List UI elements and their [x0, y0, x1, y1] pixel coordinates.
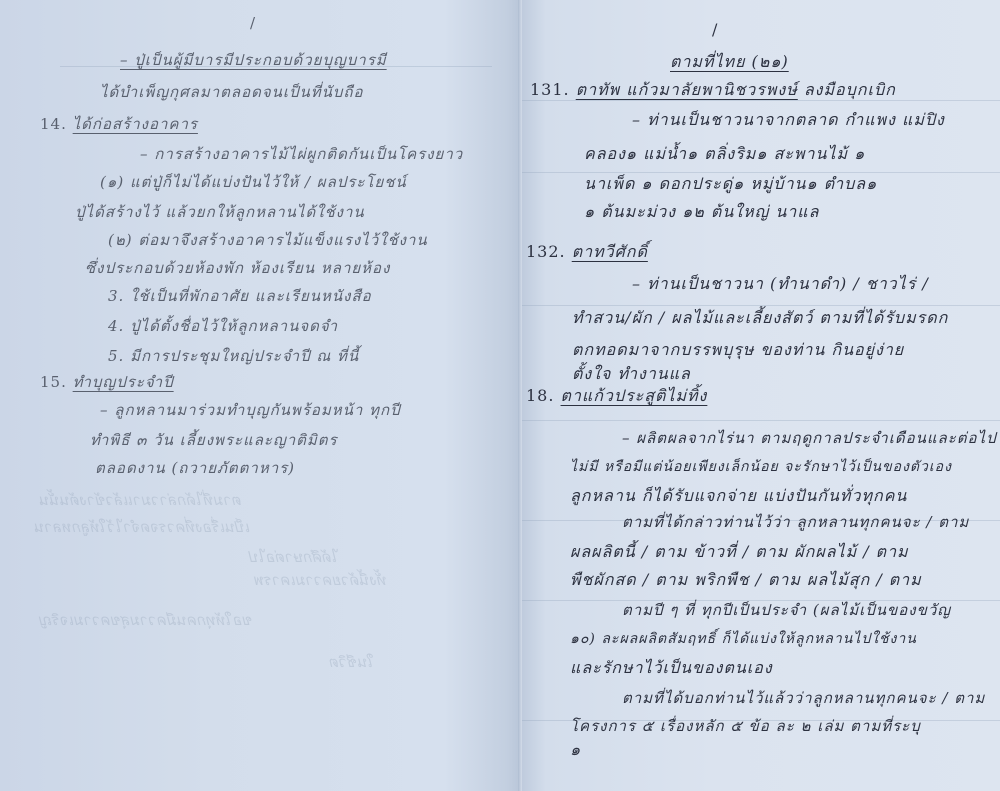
section-line: – ท่านเป็นชาวนา (ทำนาดำ) / ชาวไร่ / [632, 272, 929, 297]
section-title: ตาแก้วประสูติไม่ทิ้ง [561, 386, 708, 405]
page-mark: / [250, 14, 256, 32]
section-line: พืชผักสด / ตาม พริกพืช / ตาม ผลไม้สุก / … [570, 568, 922, 593]
page-mark: / [712, 20, 718, 39]
section-line: – ผลิตผลจากไร่นา ตามฤดูกาลประจำเดือนและต… [622, 426, 997, 450]
section-line: ๑๐) ละผลผลิตสัมฤทธิ์ ก็ได้แบ่งให้ลูกหลาน… [570, 628, 917, 650]
left-line-14: ทำพิธี ๓ วัน เลี้ยงพระและญาติมิตร [90, 428, 338, 452]
section-heading-132: 132. ตาทวีศักดิ์ [526, 240, 648, 265]
left-line-2: ได้บำเพ็ญกุศลมาตลอดจนเป็นที่นับถือ [100, 80, 364, 104]
section-title: ทำบุญประจำปี [73, 373, 174, 391]
section-line: – ท่านเป็นชาวนาจากตลาด กำแพง แม่ปิง [632, 108, 945, 133]
section-title: ตาทัพ แก้วมาลัยพานิชวรพงษ์ [576, 80, 798, 99]
section-line: ๑ ต้นมะม่วง ๑๒ ต้นใหญ่ นาแล [584, 200, 819, 225]
left-line-13: – ลูกหลานมาร่วมทำบุญกันพร้อมหน้า ทุกปี [100, 398, 401, 422]
left-line-4: – การสร้างอาคารไม้ไผ่ผูกติดกันเป็นโครงยา… [140, 142, 463, 166]
section-line: และรักษาไว้เป็นของตนเอง [570, 656, 773, 681]
bleed-through-text: ได้ศึกษาต่อไป [250, 545, 340, 569]
left-line-11: 5. มีการประชุมใหญ่ประจำปี ณ ที่นี้ [108, 344, 359, 368]
section-line: ตามที่ได้กล่าวท่านไว้ว่า ลูกหลานทุกคนจะ … [622, 510, 969, 534]
page-title: ตามที่ไทย (๒๑) [670, 50, 789, 75]
section-line: ตกทอดมาจากบรรพบุรุษ ของท่าน กินอยู่ง่าย [572, 338, 904, 363]
bleed-through-text: ตามที่ได้กล่าวมาแล้วข้างต้นนั้น [40, 488, 242, 512]
left-line-7: (๒) ต่อมาจึงสร้างอาคารไม้แข็งแรงไว้ใช้งา… [108, 228, 428, 252]
left-line-8: ซึ่งประกอบด้วยห้องพัก ห้องเรียน หลายห้อง [85, 256, 390, 280]
section-line: ๑ [570, 738, 581, 763]
section-heading-18: 18. ตาแก้วประสูติไม่ทิ้ง [526, 384, 707, 409]
bleed-through-text: ในชีวิต [330, 650, 376, 674]
section-line: คลอง๑ แม่น้ำ๑ ตลิ่งริม๑ สะพานไม้ ๑ [584, 142, 865, 167]
rule-line [522, 420, 1000, 421]
section-number: 18. [526, 386, 554, 405]
section-title-tail: ลงมือบุกเบิก [804, 80, 896, 99]
section-number: 14. [40, 115, 67, 133]
left-line-6: ปู่ได้สร้างไว้ แล้วยกให้ลูกหลานได้ใช้งาน [75, 200, 365, 224]
left-line-5: (๑) แต่ปู่ก็ไม่ได้แบ่งปันไว้ให้ / ผลประโ… [100, 170, 407, 194]
section-line: ตามที่ได้บอกท่านไว้แล้วว่าลูกหลานทุกคนจะ… [622, 686, 985, 710]
section-line: ตามปี ๆ ที่ ทุกปีเป็นประจำ (ผลไม้เป็นของ… [622, 598, 951, 622]
bleed-through-text: ทั้งนี้ด้วยความเคารพ [255, 568, 388, 592]
section-line: ผลผลิตนี้ / ตาม ข้าวที่ / ตาม ผักผลไม้ /… [570, 540, 909, 565]
section-heading-15: 15. ทำบุญประจำปี [40, 370, 174, 394]
section-line: นาเพ็ด ๑ ดอกประดู่๑ หมู่บ้าน๑ ตำบล๑ [584, 172, 877, 197]
section-heading-131: 131. ตาทัพ แก้วมาลัยพานิชวรพงษ์ ลงมือบุก… [530, 78, 896, 103]
left-line-10: 4. ปู่ได้ตั้งชื่อไว้ให้ลูกหลานจดจำ [108, 314, 338, 338]
right-page: / ตามที่ไทย (๒๑) 131. ตาทัพ แก้วมาลัยพาน… [522, 0, 1000, 791]
left-line-15: ตลอดงาน (ถวายภัตตาหาร) [95, 456, 295, 480]
left-line-9: 3. ใช้เป็นที่พักอาศัย และเรียนหนังสือ [108, 284, 372, 308]
bleed-through-text: เป็นเรื่องที่ควรจดจำไว้ให้ลูกหลาน [35, 515, 251, 539]
section-title: ตาทวีศักดิ์ [572, 242, 648, 261]
section-number: 15. [40, 373, 67, 391]
bleed-through-text: ขอให้ทุกคนมีความสุขความเจริญ [40, 608, 253, 632]
section-heading-14: 14. ได้ก่อสร้างอาคาร [40, 112, 198, 136]
section-number: 132. [526, 242, 566, 261]
section-line: ลูกหลาน ก็ได้รับแจกจ่าย แบ่งปันกันทั่วทุ… [570, 484, 907, 509]
section-line: ไม่มี หรือมีแต่น้อยเพียงเล็กน้อย จะรักษา… [570, 456, 952, 478]
left-line-1: – ปู่เป็นผู้มีบารมีประกอบด้วยบุญบารมี [120, 48, 387, 72]
section-number: 131. [530, 80, 570, 99]
section-line: ทำสวน/ผัก / ผลไม้และเลี้ยงสัตว์ ตามที่ได… [572, 306, 948, 331]
left-page: / – ปู่เป็นผู้มีบารมีประกอบด้วยบุญบารมี … [0, 0, 522, 791]
section-line: โครงการ ๕ เรื่องหลัก ๕ ข้อ ละ ๒ เล่ม ตาม… [570, 714, 921, 738]
section-title: ได้ก่อสร้างอาคาร [73, 115, 198, 133]
